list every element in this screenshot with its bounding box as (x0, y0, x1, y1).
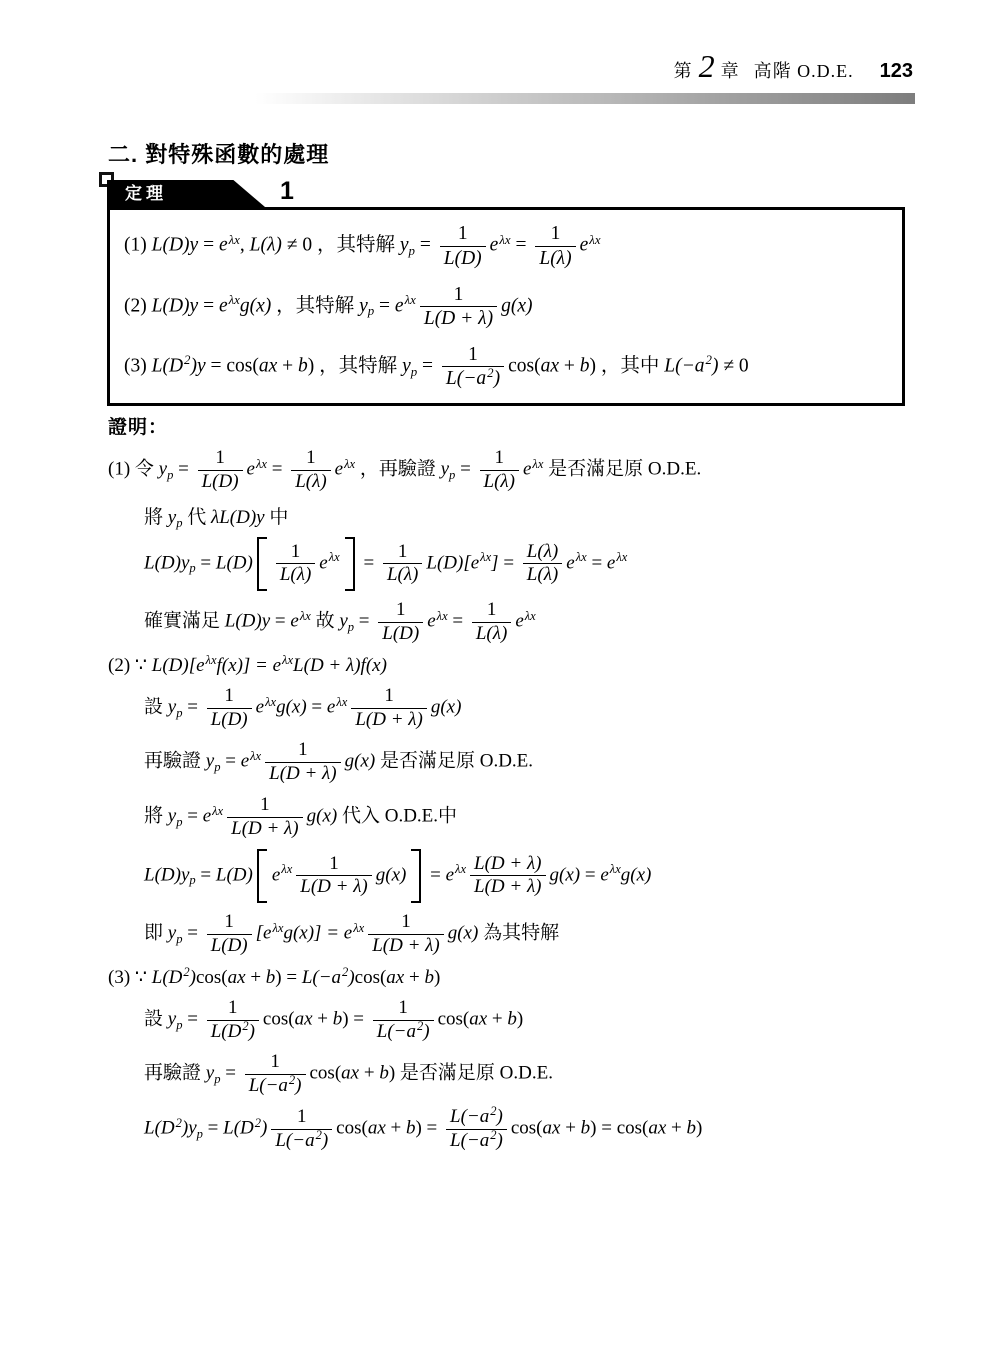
math-text: + (666, 1118, 686, 1139)
math-text: L(D)y (152, 235, 199, 256)
math-text: ax (386, 967, 404, 988)
math-text: L(λ) (539, 248, 571, 269)
math-text: e (395, 295, 404, 316)
math-text: 1 (495, 447, 505, 468)
math-text: 1 (401, 911, 411, 932)
math-text: y (168, 507, 176, 528)
math-text: ∵ (135, 655, 152, 676)
math-text: b (580, 355, 590, 376)
math-text: + (560, 1118, 580, 1139)
theorem-formula-line: (3) L(D2)y = cos(ax + b) ，其特解 yp = 1L(−a… (124, 343, 896, 391)
math-text: cos( (511, 1118, 543, 1139)
fraction: 1L(D + λ) (351, 685, 427, 732)
fraction: 1L(D) (378, 599, 423, 646)
fraction: 1L(λ) (276, 541, 315, 588)
math-text: y (168, 696, 176, 717)
math-text: L(λ) (280, 564, 311, 585)
math-text: g(x) (276, 696, 307, 717)
fraction: 1L(λ) (535, 222, 575, 270)
math-text: 2 (316, 1128, 322, 1142)
math-text: g(x) (376, 864, 407, 885)
math-text: cos( (196, 967, 228, 988)
proof-line: L(D)yp = L(D)eλx1L(D + λ)g(x) = eλxL(D +… (144, 849, 920, 904)
proof-line: (1) 令 yp = 1L(D)eλx = 1L(λ)eλx ，再驗證 yp =… (108, 447, 920, 494)
chapter-suffix: 章 (721, 57, 740, 83)
math-text: 2 (289, 1073, 295, 1087)
math-text: e (219, 295, 228, 316)
math-text: L(λ) (527, 564, 558, 585)
math-text: e (247, 459, 255, 480)
math-text: 2 (183, 965, 189, 979)
math-text: λL(D)y (211, 507, 265, 528)
math-text: = (182, 696, 202, 717)
math-text: p (449, 468, 455, 482)
math-text: = (455, 459, 475, 480)
math-text: ] (491, 552, 498, 573)
math-text: = (198, 295, 219, 316)
math-text: L(D) (202, 471, 239, 492)
math-text: e (515, 611, 523, 632)
math-text: = (580, 864, 600, 885)
math-text: λx (616, 550, 627, 564)
math-text: 代 (182, 507, 211, 528)
math-text: 1 (487, 599, 497, 620)
big-brackets: 1L(λ)eλx (257, 537, 355, 592)
math-text: e (327, 696, 335, 717)
math-text: g(x) (550, 864, 581, 885)
math-text: ax (295, 1008, 313, 1029)
math-text: g(x) (501, 295, 532, 316)
math-text: = (196, 864, 216, 885)
section-title: 二. 對特殊函數的處理 (108, 138, 329, 169)
math-text: ) (295, 1075, 301, 1096)
fraction: 1L(−a2) (271, 1106, 332, 1153)
fraction: 1L(λ) (383, 541, 422, 588)
fraction: 1L(−a2) (245, 1051, 306, 1098)
math-text: = (182, 1008, 202, 1029)
math-text: ，其中 (596, 355, 664, 376)
math-text: 將 (144, 507, 168, 528)
math-text: = (499, 552, 519, 573)
math-text: λx (353, 921, 364, 935)
math-text: L(D)y (152, 295, 199, 316)
math-text: λx (281, 862, 292, 876)
math-text: L(D) (216, 864, 253, 885)
math-text: 再驗證 (144, 751, 206, 772)
math-text: y (168, 806, 176, 827)
math-text: 1 (270, 1051, 280, 1072)
math-text: L(D (152, 967, 183, 988)
math-text: e (427, 611, 435, 632)
math-text: + (404, 967, 424, 988)
fraction: 1L(D + λ) (296, 853, 372, 900)
math-text: ∵ (135, 967, 152, 988)
math-text: λx (300, 609, 311, 623)
math-text: ，其特解 (271, 295, 359, 316)
math-text: λx (282, 653, 293, 667)
math-text: L(D)y (144, 864, 189, 885)
page-number: 123 (880, 60, 913, 83)
math-text: b (687, 1118, 697, 1139)
header-gradient-bar (255, 93, 915, 104)
math-text: p (176, 815, 182, 829)
math-text: p (176, 516, 182, 530)
math-text: L(−a (664, 355, 704, 376)
math-text: L(λ) (250, 235, 282, 256)
math-text: λx (212, 804, 223, 818)
math-text: cos( (263, 1008, 295, 1029)
math-text: ) = (415, 1118, 442, 1139)
proof-lines: (1) 令 yp = 1L(D)eλx = 1L(λ)eλx ，再驗證 yp =… (108, 447, 920, 1153)
math-text: y (402, 355, 411, 376)
fraction: 1L(−a2) (373, 997, 434, 1044)
math-text: 為其特解 (478, 923, 559, 944)
math-text: b (581, 1118, 591, 1139)
math-text: 2 (487, 366, 493, 380)
math-text: )y (190, 355, 205, 376)
math-text: cos( (508, 355, 541, 376)
math-text: ax (259, 355, 277, 376)
math-text: p (189, 873, 195, 887)
math-text: , (240, 235, 250, 256)
math-text: p (176, 1018, 182, 1032)
math-text: g(x) (345, 751, 376, 772)
math-text: = (203, 1118, 223, 1139)
proof-line: 再驗證 yp = eλx1L(D + λ)g(x) 是否滿足原 O.D.E. (144, 739, 920, 786)
math-text: L(D) (216, 552, 253, 573)
math-text: b (507, 1008, 517, 1029)
math-text: λx (610, 862, 621, 876)
math-text: ) = (342, 1008, 369, 1029)
theorem-badge: 定理 (107, 180, 265, 207)
math-text: L(D + λ) (355, 709, 423, 730)
math-text: L(−a (377, 1021, 416, 1042)
math-text: g(x) (448, 923, 479, 944)
math-text: e (446, 864, 454, 885)
math-text: cos( (310, 1063, 342, 1084)
math-text: L(D) (382, 623, 419, 644)
math-text: b (266, 967, 276, 988)
math-text: L(−a (249, 1075, 288, 1096)
running-head: 第 2 章 高階 O.D.E. 123 (674, 50, 913, 83)
math-text: L(D + λ) (300, 876, 368, 897)
math-text: f(x)] = e (217, 655, 282, 676)
fraction: 1L(D2) (207, 997, 259, 1044)
math-text: 1 (454, 284, 464, 305)
math-text: L(D (152, 355, 183, 376)
math-text: + (246, 967, 266, 988)
math-text: 1 (306, 447, 316, 468)
math-text: ax (341, 1063, 359, 1084)
math-text: λx (336, 695, 347, 709)
math-text: L(D)[e (152, 655, 205, 676)
math-text: L(D (223, 1118, 254, 1139)
math-text: (2) (108, 655, 135, 676)
fraction: 1L(λ) (480, 447, 519, 494)
math-text: e (319, 552, 327, 573)
math-text: ax (228, 967, 246, 988)
math-text: y (206, 1063, 214, 1084)
math-text: L(−a (302, 967, 341, 988)
theorem-formula-line: (1) L(D)y = eλx, L(λ) ≠ 0 ，其特解 yp = 1L(D… (124, 222, 896, 270)
proof-line: 將 yp 代 λL(D)y 中 (144, 502, 920, 529)
math-text: L(D)y (144, 552, 189, 573)
math-text: L(−a (450, 1130, 489, 1151)
math-text: 1 (329, 853, 339, 874)
math-text: 1 (458, 223, 468, 244)
math-text: (2) (124, 295, 152, 316)
math-text: g(x)] = e (283, 923, 352, 944)
math-text: L(D + λ) (474, 853, 542, 874)
math-text: 1 (398, 541, 408, 562)
math-text: 2 (255, 1116, 261, 1130)
math-text: λx (480, 550, 491, 564)
fraction: L(λ)L(λ) (523, 541, 562, 588)
math-text: ) (494, 368, 501, 389)
math-text: 將 (144, 806, 168, 827)
math-text: 1 (551, 223, 561, 244)
math-text: 再驗證 (144, 1063, 206, 1084)
proof-line: 確實滿足 L(D)y = eλx 故 yp = 1L(D)eλx = 1L(λ)… (144, 599, 920, 646)
math-text: e (607, 552, 615, 573)
math-text: y (441, 459, 449, 480)
fraction: 1L(D) (207, 911, 252, 958)
math-text: = (415, 235, 436, 256)
math-text: 1 (384, 685, 394, 706)
math-text: cos( (336, 1118, 368, 1139)
math-text: λx (525, 609, 536, 623)
math-text: 1 (215, 447, 225, 468)
math-text: L(D)[e (426, 552, 479, 573)
math-text: = (270, 611, 290, 632)
math-text: ax (469, 1008, 487, 1029)
fraction: 1L(D) (440, 222, 486, 270)
fraction: 1L(D + λ) (420, 283, 497, 331)
math-text: (1) (108, 459, 135, 480)
math-text: + (386, 1118, 406, 1139)
math-text: ax (648, 1118, 666, 1139)
math-text: L(D) (211, 935, 248, 956)
math-text: ) (517, 1008, 523, 1029)
math-text: = (448, 611, 468, 632)
math-text: ，其特解 (312, 235, 400, 256)
math-text: = (417, 355, 438, 376)
math-text: b (333, 1008, 343, 1029)
math-text: + (487, 1008, 507, 1029)
math-text: L(D + λ) (424, 308, 493, 329)
math-text: 是否滿足原 O.D.E. (543, 459, 701, 480)
math-text: L(−a (275, 1130, 314, 1151)
math-text: λx (329, 550, 340, 564)
math-text: ) (497, 1106, 503, 1127)
theorem-box: (1) L(D)y = eλx, L(λ) ≠ 0 ，其特解 yp = 1L(D… (107, 207, 905, 406)
math-text: ) = (275, 967, 302, 988)
math-text: 確實滿足 (144, 611, 225, 632)
math-text: 1 (291, 541, 301, 562)
math-text: λx (437, 609, 448, 623)
math-text: b (379, 1063, 389, 1084)
math-text: = (220, 751, 240, 772)
math-text: e (335, 459, 343, 480)
math-text: 1 (228, 997, 238, 1018)
math-text: = (198, 235, 219, 256)
fraction: L(D + λ)L(D + λ) (470, 853, 546, 900)
math-text: 中 (265, 507, 289, 528)
math-text: 1 (398, 997, 408, 1018)
math-text: p (189, 561, 195, 575)
math-text: e (290, 611, 298, 632)
math-text: b (424, 967, 434, 988)
math-text: e (203, 806, 211, 827)
math-text: + (559, 355, 580, 376)
fraction: 1L(D + λ) (368, 911, 444, 958)
math-text: e (272, 864, 280, 885)
math-text: = (182, 806, 202, 827)
fraction: 1L(D) (207, 685, 252, 732)
math-text: = (374, 295, 395, 316)
proof-line: 設 yp = 1L(D2)cos(ax + b) = 1L(−a2)cos(ax… (144, 997, 920, 1044)
math-text: L(λ) (476, 623, 507, 644)
proof-heading: 證明： (108, 412, 920, 439)
math-text: + (359, 1063, 379, 1084)
math-text: p (411, 365, 417, 379)
math-text: L(D (144, 1118, 175, 1139)
math-text: λx (455, 862, 466, 876)
math-text: e (256, 696, 264, 717)
math-text: 2 (490, 1128, 496, 1142)
math-text: = (587, 552, 607, 573)
math-text: 代入 O.D.E.中 (337, 806, 457, 827)
math-text: λx (250, 749, 261, 763)
math-text: y (400, 235, 409, 256)
math-text: 1 (224, 911, 234, 932)
chapter-prefix: 第 (674, 57, 693, 83)
math-text: + (313, 1008, 333, 1029)
math-text: ) (423, 1021, 429, 1042)
math-text: 設 (144, 1008, 168, 1029)
math-text: (3) (108, 967, 135, 988)
math-text: ) = cos( (590, 1118, 648, 1139)
math-text: 1 (260, 794, 270, 815)
proof-line: 再驗證 yp = 1L(−a2)cos(ax + b) 是否滿足原 O.D.E. (144, 1051, 920, 1098)
math-text: + (277, 355, 298, 376)
math-text: = (173, 459, 193, 480)
math-text: λx (229, 293, 240, 307)
math-text: = (196, 552, 216, 573)
math-text: p (176, 706, 182, 720)
math-text: (3) (124, 355, 152, 376)
math-text: 2 (342, 965, 348, 979)
fraction: 1L(λ) (472, 599, 511, 646)
math-text: 2 (184, 353, 190, 367)
math-text: L(−a (446, 368, 486, 389)
math-text: L(D) (444, 248, 482, 269)
proof-section: 證明： (1) 令 yp = 1L(D)eλx = 1L(λ)eλx ，再驗證 … (108, 412, 920, 1161)
math-text: L(D)y (225, 611, 270, 632)
math-text: p (368, 304, 374, 318)
math-text: 2 (242, 1019, 248, 1033)
chapter-title: 高階 O.D.E. (754, 57, 854, 83)
math-text: 1 (297, 1106, 307, 1127)
math-text: λx (576, 550, 587, 564)
math-text: p (214, 760, 220, 774)
math-text: L(D + λ) (474, 876, 542, 897)
math-text: λx (229, 233, 240, 247)
math-text: L(D + λ)f(x) (293, 655, 387, 676)
math-text: L(λ) (484, 471, 515, 492)
big-brackets: eλx1L(D + λ)g(x) (257, 849, 422, 904)
math-text: 是否滿足原 O.D.E. (395, 1063, 553, 1084)
math-text: 令 (135, 459, 159, 480)
math-text: L(D) (211, 709, 248, 730)
math-text: ，其特解 (314, 355, 402, 376)
math-text: L(D + λ) (269, 763, 337, 784)
math-text: ) (696, 1118, 702, 1139)
fraction: 1L(D) (198, 447, 243, 494)
math-text: y (359, 295, 368, 316)
math-text: = cos( (206, 355, 259, 376)
math-text: λx (499, 233, 510, 247)
math-text: L(λ) (295, 471, 326, 492)
math-text: p (197, 1127, 203, 1141)
fraction: L(−a2)L(−a2) (446, 1106, 507, 1153)
math-text: = (425, 864, 445, 885)
fraction: 1L(−a2) (442, 343, 504, 391)
math-text: ax (541, 355, 559, 376)
math-text: 1 (468, 344, 478, 365)
math-text: ≠ 0 (282, 235, 312, 256)
math-text: 2 (176, 1116, 182, 1130)
math-text: = (359, 552, 379, 573)
math-text: e (600, 864, 608, 885)
math-text: ) (249, 1021, 255, 1042)
math-text: g(x) (621, 864, 652, 885)
math-text: L(λ) (387, 564, 418, 585)
math-text: ，再驗證 (355, 459, 441, 480)
math-text: g(x) (307, 806, 338, 827)
math-text: = (307, 696, 327, 717)
math-text: y (168, 923, 176, 944)
math-text: 故 (311, 611, 340, 632)
math-text: L(D (211, 1021, 242, 1042)
math-text: e (241, 751, 249, 772)
math-text: b (298, 355, 308, 376)
math-text: )y (182, 1118, 197, 1139)
math-text: λx (589, 233, 600, 247)
math-text: e (523, 459, 531, 480)
math-text: λx (256, 457, 267, 471)
math-text: e (580, 235, 589, 256)
math-text: 2 (706, 353, 712, 367)
math-text: 1 (224, 685, 234, 706)
math-text: cos( (355, 967, 387, 988)
math-text: ax (368, 1118, 386, 1139)
math-text: (1) (124, 235, 152, 256)
math-text: p (348, 620, 354, 634)
math-text: y (206, 751, 214, 772)
math-text: λx (206, 653, 217, 667)
math-text: e (490, 235, 499, 256)
math-text: [e (256, 923, 272, 944)
proof-line: (3) ∵ L(D2)cos(ax + b) = L(−a2)cos(ax + … (108, 966, 920, 989)
proof-line: 將 yp = eλx1L(D + λ)g(x) 代入 O.D.E.中 (144, 794, 920, 841)
fraction: 1L(D + λ) (265, 739, 341, 786)
math-text: = (220, 1063, 240, 1084)
math-text: p (214, 1072, 220, 1086)
math-text: L(D + λ) (372, 935, 440, 956)
math-text: = (511, 235, 532, 256)
math-text: 即 (144, 923, 168, 944)
